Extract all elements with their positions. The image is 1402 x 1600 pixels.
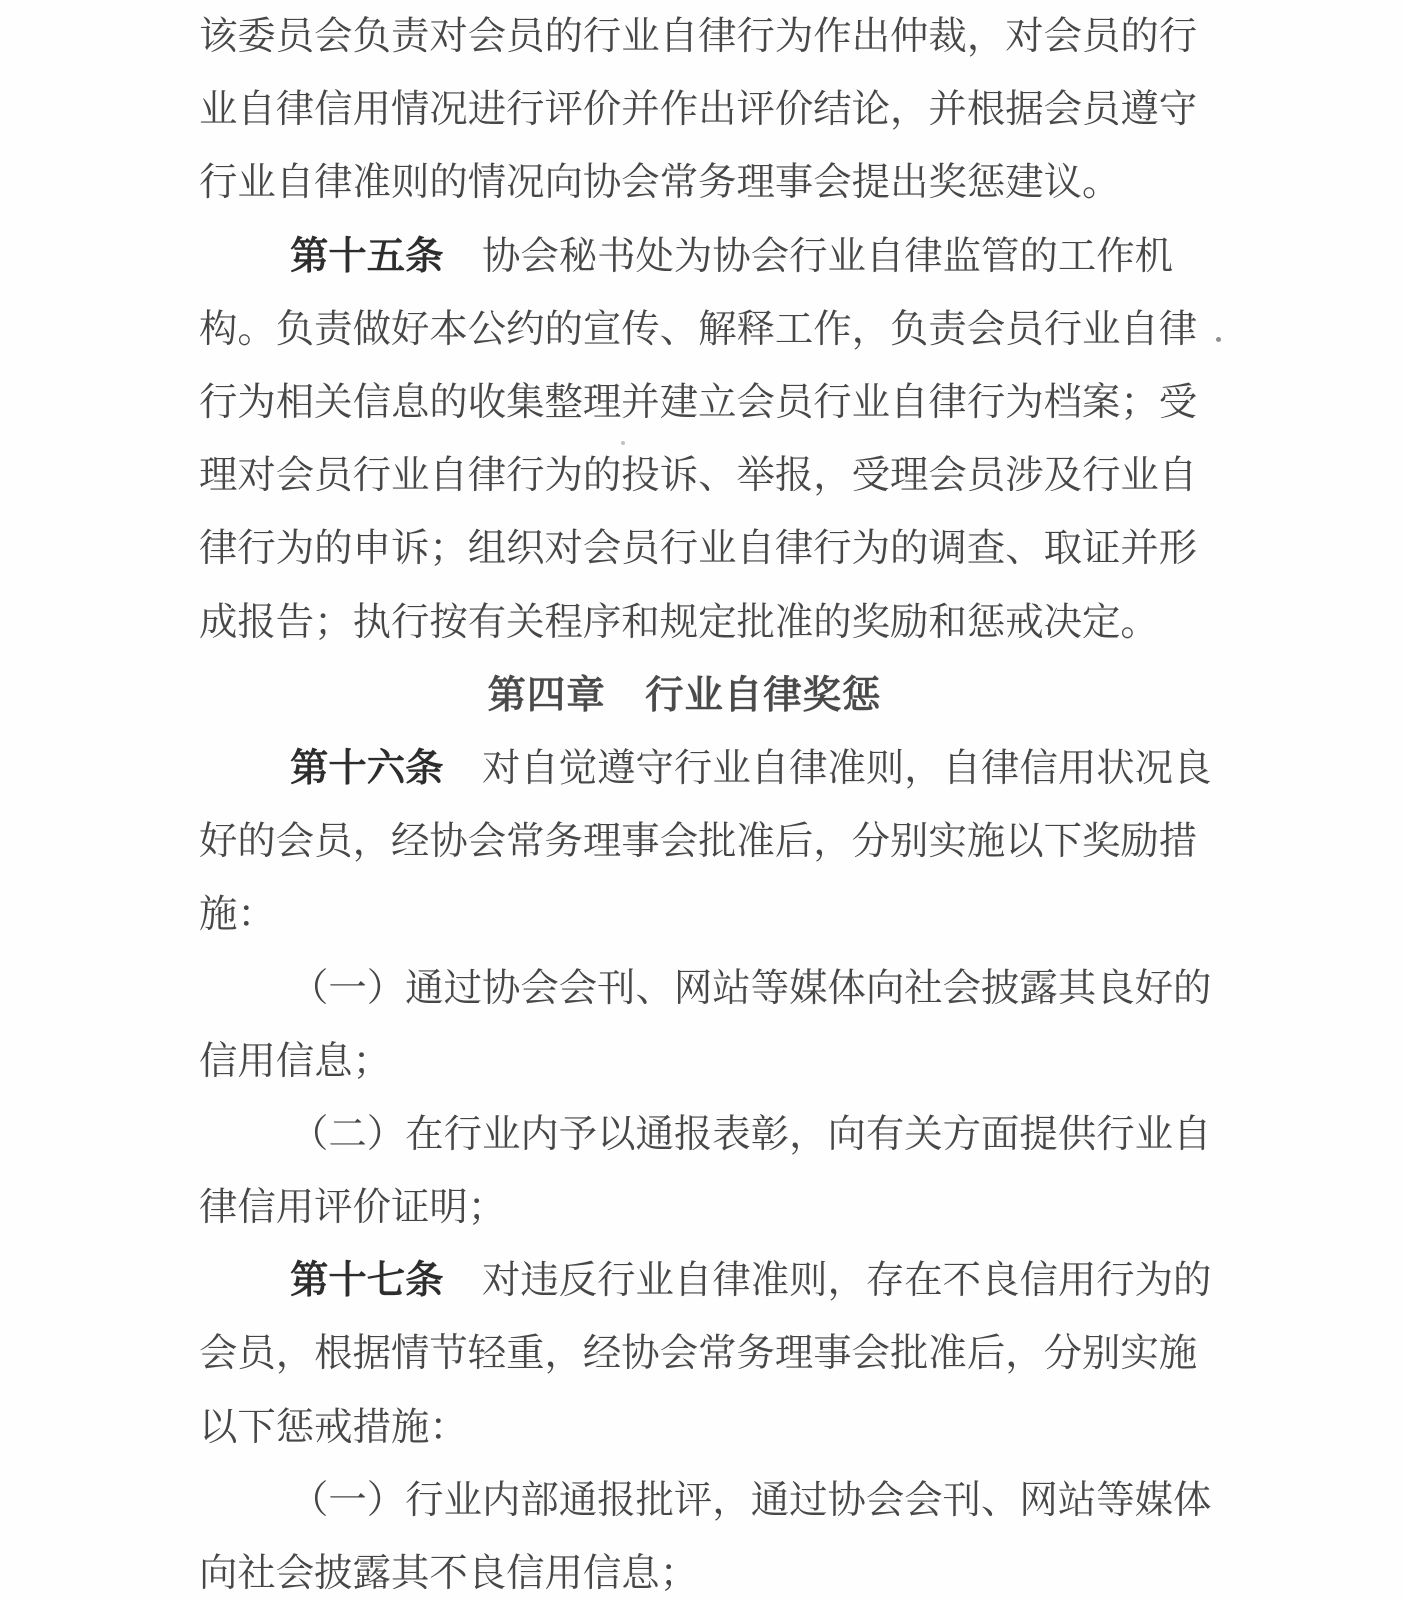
text-segment: 向社会披露其不良信用信息； bbox=[199, 1542, 698, 1597]
text-segment: 施： bbox=[199, 883, 276, 938]
article-number: 第十六条 bbox=[290, 737, 444, 792]
text-line: 第十六条 对自觉遵守行业自律准则，自律信用状况良 bbox=[199, 728, 1204, 801]
text-line: 好的会员，经协会常务理事会批准后，分别实施以下奖励措 bbox=[199, 801, 1204, 874]
text-line: （一）通过协会会刊、网站等媒体向社会披露其良好的 bbox=[199, 947, 1204, 1020]
text-segment: 成报告；执行按有关程序和规定批准的奖励和惩戒决定。 bbox=[199, 591, 1159, 646]
text-segment: 业自律信用情况进行评价并作出评价结论，并根据会员遵守 bbox=[199, 78, 1197, 133]
text-segment: （一）通过协会会刊、网站等媒体向社会披露其良好的 bbox=[290, 957, 1211, 1012]
text-line: 构。负责做好本公约的宣传、解释工作，负责会员行业自律 bbox=[199, 289, 1204, 362]
document-text-block: 该委员会负责对会员的行业自律行为作出仲裁，对会员的行业自律信用情况进行评价并作出… bbox=[199, 0, 1204, 1600]
text-line: 成报告；执行按有关程序和规定批准的奖励和惩戒决定。 bbox=[199, 582, 1204, 655]
text-segment: （一）行业内部通报批评，通过协会会刊、网站等媒体 bbox=[290, 1469, 1211, 1524]
document-page: 该委员会负责对会员的行业自律行为作出仲裁，对会员的行业自律信用情况进行评价并作出… bbox=[0, 0, 1402, 1600]
text-line: 向社会披露其不良信用信息； bbox=[199, 1533, 1204, 1600]
text-line: （二）在行业内予以通报表彰，向有关方面提供行业自 bbox=[199, 1094, 1204, 1167]
text-line: 理对会员行业自律行为的投诉、举报，受理会员涉及行业自 bbox=[199, 435, 1204, 508]
text-segment: 协会秘书处为协会行业自律监管的工作机 bbox=[444, 225, 1173, 280]
chapter-heading: 第四章 行业自律奖惩 bbox=[488, 664, 882, 719]
text-segment: 该委员会负责对会员的行业自律行为作出仲裁，对会员的行 bbox=[199, 5, 1197, 60]
text-segment: （二）在行业内予以通报表彰，向有关方面提供行业自 bbox=[290, 1103, 1211, 1158]
article-number: 第十五条 bbox=[290, 225, 444, 280]
text-segment: 行为相关信息的收集整理并建立会员行业自律行为档案；受 bbox=[199, 371, 1197, 426]
text-line: 行业自律准则的情况向协会常务理事会提出奖惩建议。 bbox=[199, 142, 1204, 215]
text-line: 以下惩戒措施： bbox=[199, 1387, 1204, 1460]
article-number: 第十七条 bbox=[290, 1249, 444, 1304]
text-segment: 构。负责做好本公约的宣传、解释工作，负责会员行业自律 bbox=[199, 298, 1197, 353]
text-line: 施： bbox=[199, 874, 1204, 947]
text-segment: 律行为的申诉；组织对会员行业自律行为的调查、取证并形 bbox=[199, 517, 1197, 572]
text-line: 会员，根据情节轻重，经协会常务理事会批准后，分别实施 bbox=[199, 1313, 1204, 1386]
scan-artifact-dot bbox=[1216, 337, 1221, 342]
chapter-heading-line: 第四章 行业自律奖惩 bbox=[199, 655, 1204, 728]
text-line: 信用信息； bbox=[199, 1021, 1204, 1094]
text-line: 第十五条 协会秘书处为协会行业自律监管的工作机 bbox=[199, 216, 1204, 289]
text-segment: 理对会员行业自律行为的投诉、举报，受理会员涉及行业自 bbox=[199, 444, 1197, 499]
text-line: 业自律信用情况进行评价并作出评价结论，并根据会员遵守 bbox=[199, 69, 1204, 142]
text-line: （一）行业内部通报批评，通过协会会刊、网站等媒体 bbox=[199, 1460, 1204, 1533]
text-segment: 以下惩戒措施： bbox=[199, 1396, 468, 1451]
text-line: 律信用评价证明； bbox=[199, 1167, 1204, 1240]
text-line: 该委员会负责对会员的行业自律行为作出仲裁，对会员的行 bbox=[199, 0, 1204, 69]
text-segment: 会员，根据情节轻重，经协会常务理事会批准后，分别实施 bbox=[199, 1322, 1197, 1377]
text-line: 律行为的申诉；组织对会员行业自律行为的调查、取证并形 bbox=[199, 508, 1204, 581]
text-line: 行为相关信息的收集整理并建立会员行业自律行为档案；受 bbox=[199, 362, 1204, 435]
text-segment: 对违反行业自律准则，存在不良信用行为的 bbox=[444, 1249, 1212, 1304]
text-segment: 行业自律准则的情况向协会常务理事会提出奖惩建议。 bbox=[199, 151, 1120, 206]
text-segment: 律信用评价证明； bbox=[199, 1176, 506, 1231]
text-segment: 信用信息； bbox=[199, 1030, 391, 1085]
text-segment: 好的会员，经协会常务理事会批准后，分别实施以下奖励措 bbox=[199, 810, 1197, 865]
text-line: 第十七条 对违反行业自律准则，存在不良信用行为的 bbox=[199, 1240, 1204, 1313]
text-segment: 对自觉遵守行业自律准则，自律信用状况良 bbox=[444, 737, 1212, 792]
